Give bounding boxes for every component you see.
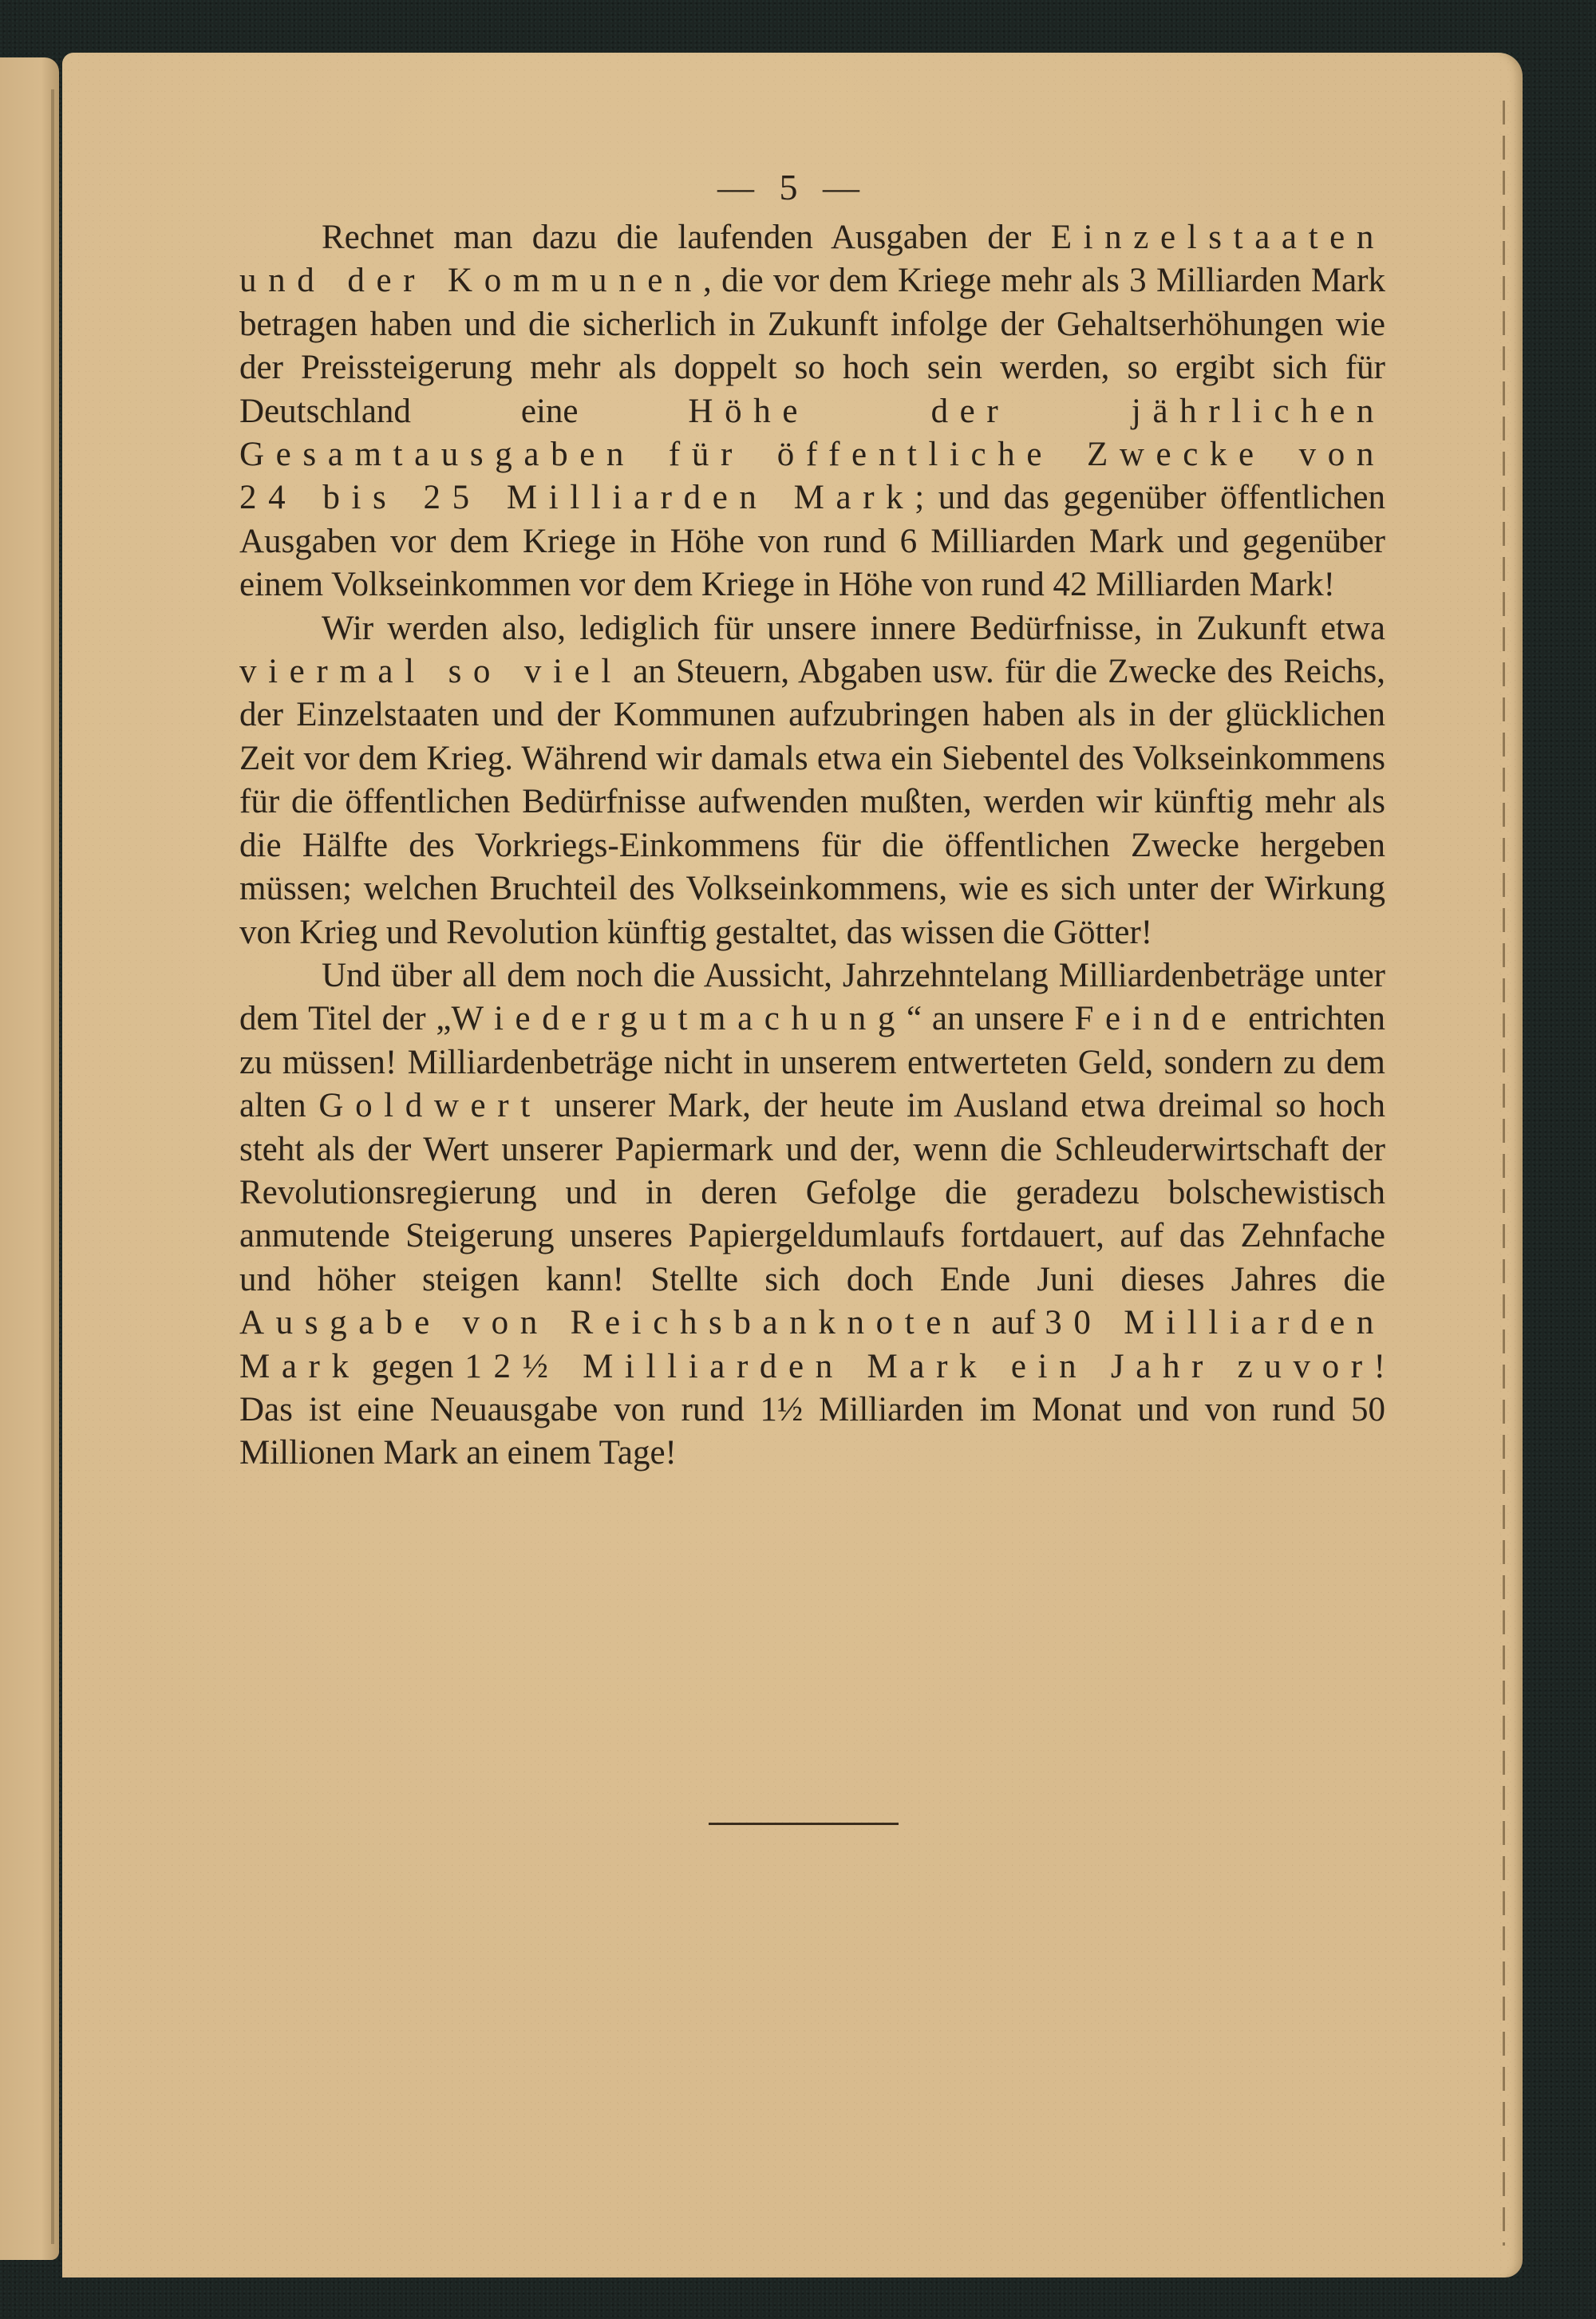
text-run: gegen — [361, 1348, 465, 1385]
previous-page-gutter — [51, 89, 54, 2244]
body-text: Rechnet man dazu die laufenden Ausgaben … — [239, 216, 1385, 1476]
book-page: — 5 — Rechnet man dazu die laufenden Aus… — [62, 53, 1523, 2278]
emphasized-text: 12½ Milliarden Mark ein Jahr zuvor — [464, 1348, 1373, 1385]
previous-page-edge — [0, 57, 59, 2260]
page-number: — 5 — — [62, 166, 1523, 208]
text-run: “ an unsere — [907, 1000, 1074, 1037]
paragraph: Wir werden also, lediglich für unsere in… — [239, 607, 1385, 954]
page-fore-edge — [1503, 101, 1505, 2246]
emphasized-text: Ausgabe von Reichsbanknoten — [239, 1304, 982, 1341]
text-run: Rechnet man dazu die laufenden Ausgaben … — [322, 219, 1051, 256]
paragraph: Und über all dem noch die Aussicht, Jahr… — [239, 954, 1385, 1476]
emphasized-text: Wiedergutmachung — [451, 1000, 907, 1037]
emphasized-text: viermal so viel — [239, 653, 622, 690]
paragraph: Rechnet man dazu die laufenden Ausgaben … — [239, 216, 1385, 607]
text-run: Wir werden also, lediglich für unsere in… — [322, 610, 1385, 647]
closing-rule — [709, 1823, 899, 1825]
emphasized-text: Feinde — [1074, 1000, 1238, 1037]
emphasized-text: Goldwert — [318, 1087, 541, 1124]
text-run: an Steuern, Abgaben usw. für die Zwecke … — [239, 653, 1385, 950]
text-run: auf — [982, 1304, 1045, 1341]
